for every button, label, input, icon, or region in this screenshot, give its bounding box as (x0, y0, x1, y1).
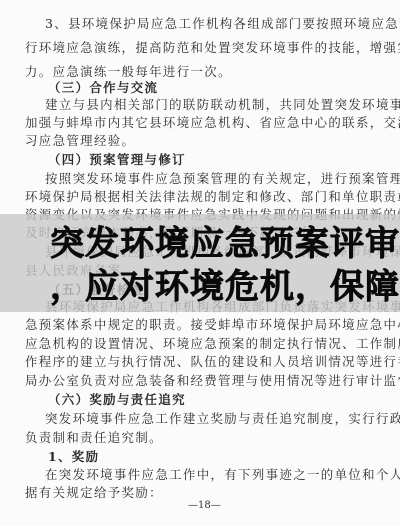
section-heading: 1、奖励 (48, 450, 99, 464)
overlay-title-line-1: 突发环境应急预案评审 (50, 225, 400, 263)
paragraph-line: 按照突发环境事件应急预案管理的有关规定，进行预案管理。县 (45, 172, 400, 186)
paragraph-line: 作程序的建立与执行情况、队伍的建设和人员培训情况等进行考核。 (25, 355, 400, 369)
paragraph-line: 加强与蚌埠市内其它县环境应急机构、省应急中心的联系，交流、学 (25, 116, 400, 130)
section-heading: （三）合作与交流 (48, 81, 158, 95)
paragraph-line: 习应急管理经验。 (25, 134, 135, 148)
document-page: 3、县环境保护局应急工作机构各组成部门要按照环境应急预案进行环境应急演练，提高防… (0, 0, 400, 526)
paragraph-line: 负责制和责任追究制。 (25, 431, 163, 445)
paragraph-line: 在突发环境事件应急工作中，有下列事迹之一的单位和个人，依 (45, 468, 400, 482)
paragraph-line: 局办公室负责对应急装备和经费管理与使用情况等进行审计监督。 (25, 374, 400, 388)
paragraph-line: 据有关规定给予奖励： (25, 486, 163, 500)
overlay-title-line-2: ，应对环境危机，保障 (50, 268, 400, 306)
paragraph-line: 3、县环境保护局应急工作机构各组成部门要按照环境应急预案进 (45, 17, 400, 31)
paragraph-line: 行环境应急演练，提高防范和处置突发环境事件的技能，增强实战能 (25, 41, 400, 55)
paragraph-line: 突发环境事件应急工作建立奖励与责任追究制度，实行行政领导 (45, 412, 400, 426)
paragraph-line: 急预案体系中规定的职责。接受蚌埠市环境保护局环境应急中心对县 (25, 318, 400, 332)
section-heading: （六）奖励与责任追究 (48, 393, 186, 407)
paragraph-line: 建立与县内相关部门的联防联动机制，共同处置突发环境事件。 (45, 98, 400, 112)
page-number: —18— (188, 500, 221, 511)
section-heading: （四）预案管理与修订 (48, 153, 186, 167)
paragraph-line: 力。应急演练一般每年进行一次。 (25, 65, 232, 79)
paragraph-line: 环境保护局根据相关法律法规的制定和修改、部门和单位职责或应急 (25, 190, 400, 204)
paragraph-line: 应急机构的设置情况、环境应急预案的制定执行情况、工作制度和工 (25, 337, 400, 351)
